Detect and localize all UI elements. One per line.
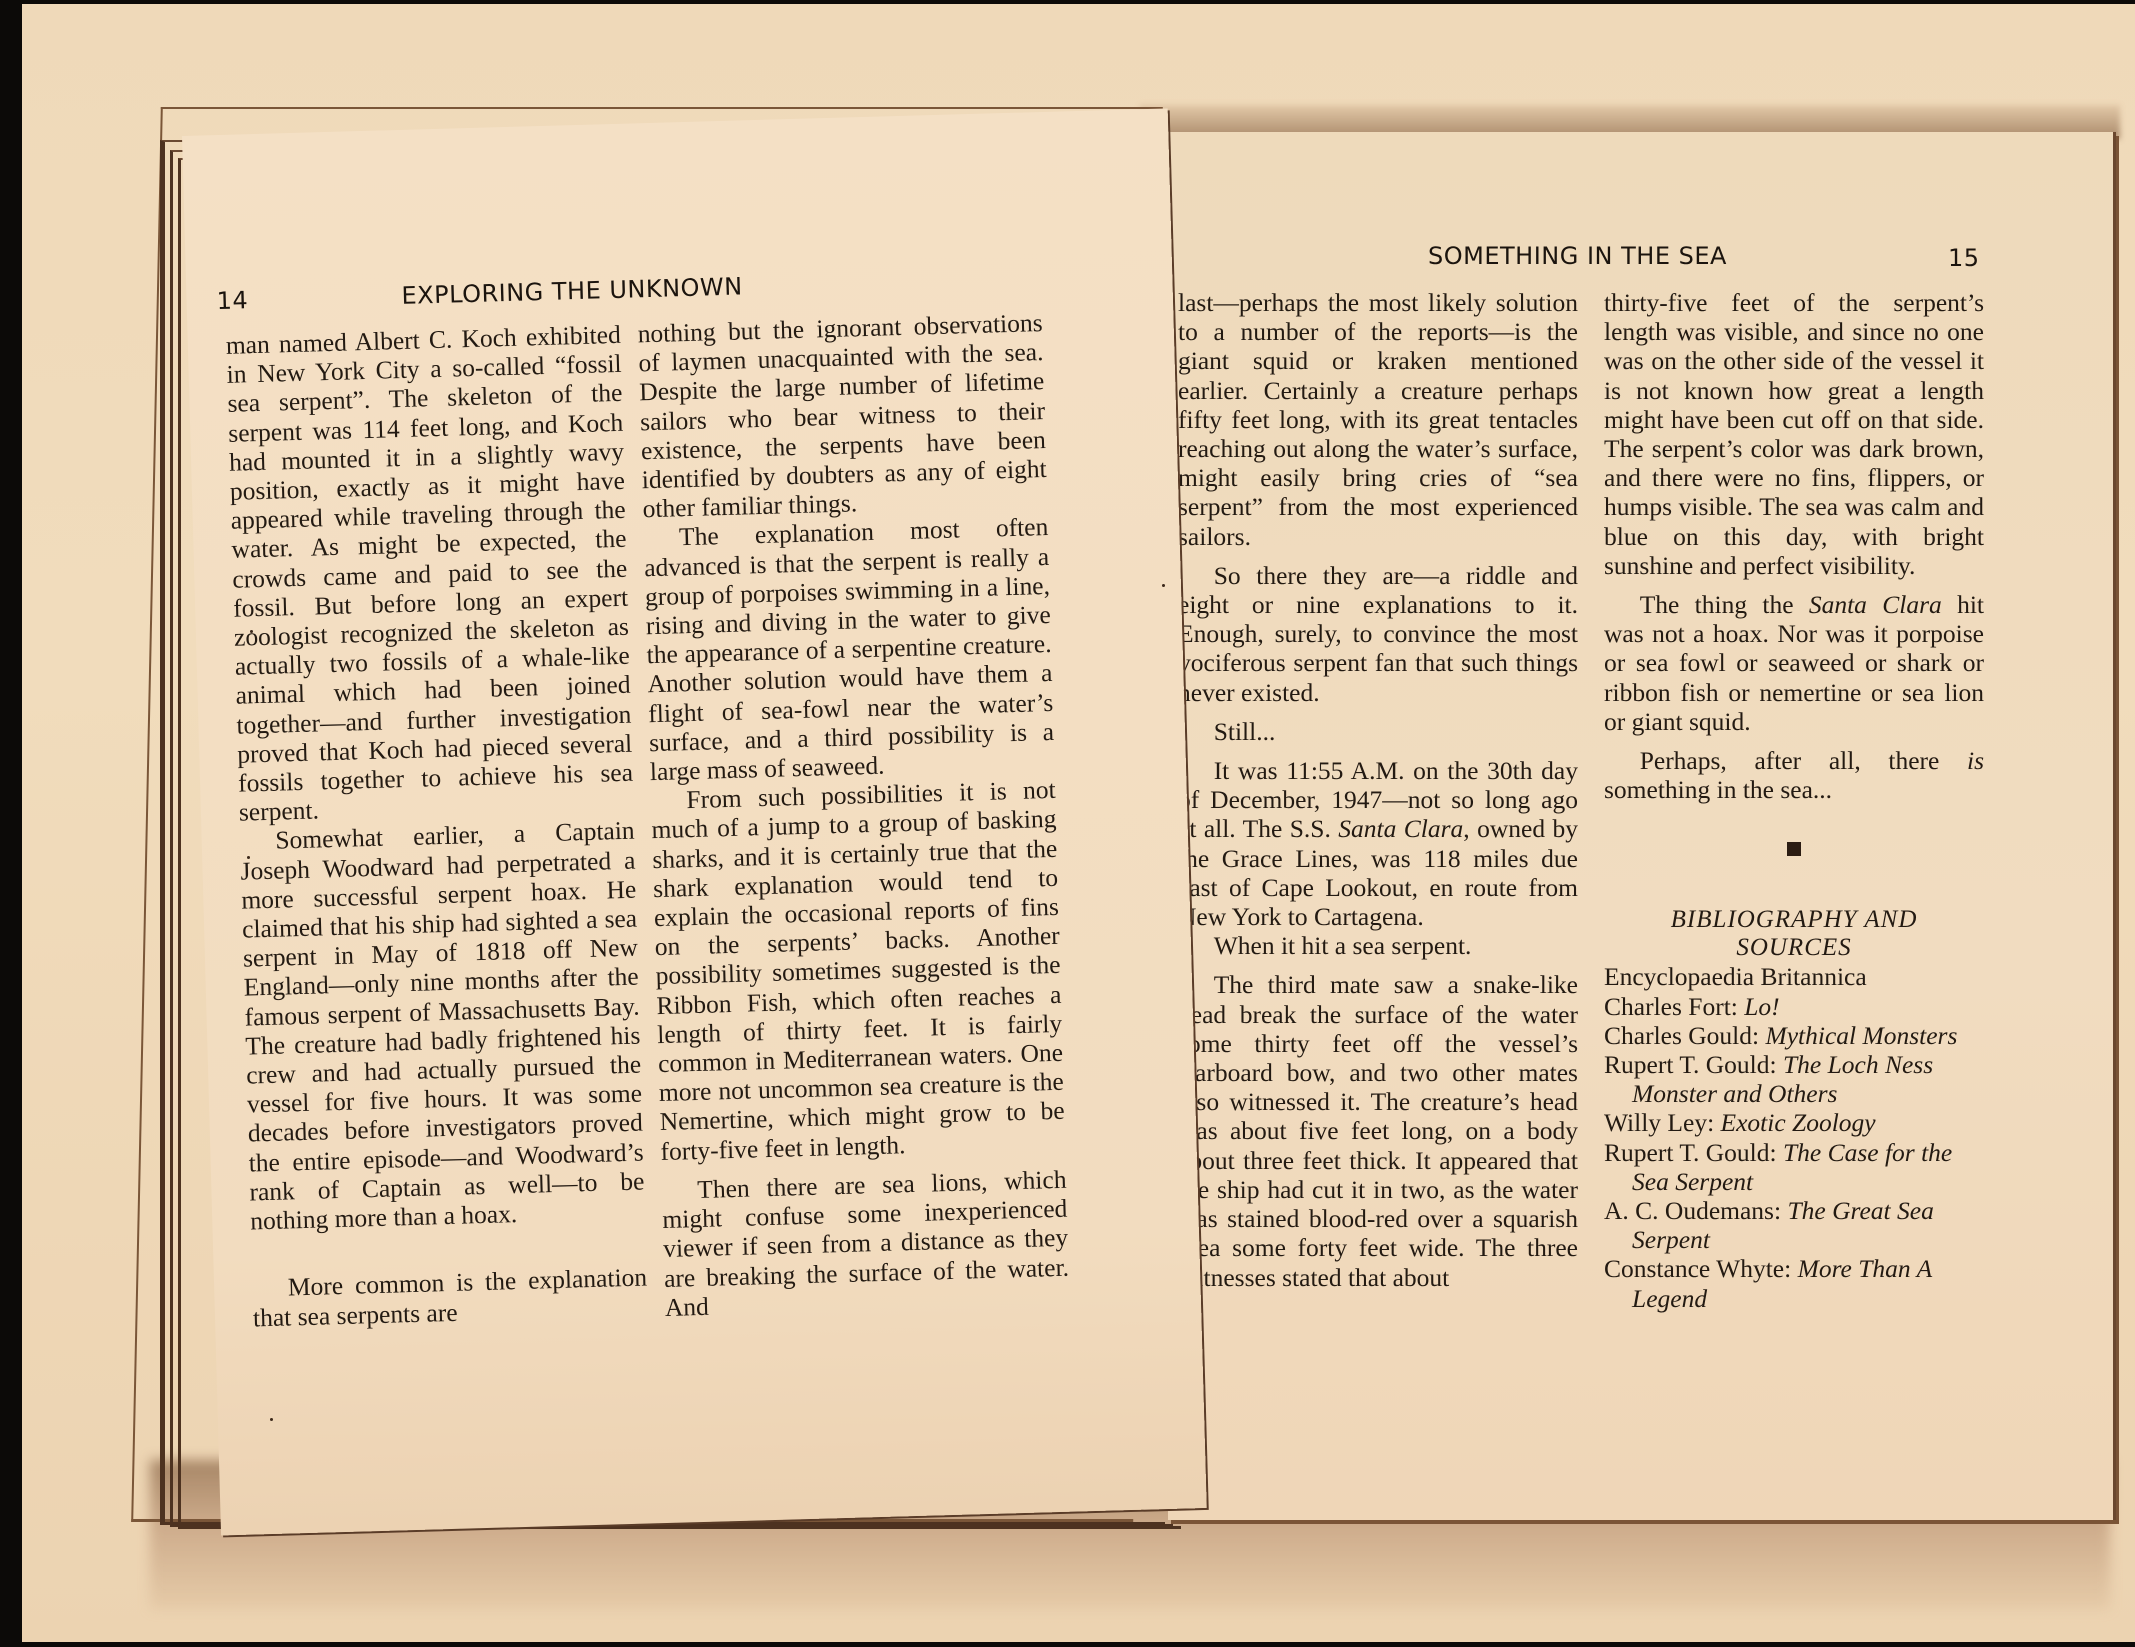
text-run: Perhaps, after all, there <box>1640 746 1967 775</box>
dust-speck <box>247 856 250 859</box>
bibliography-entry: Charles Gould: Mythical Monsters <box>1604 1021 1984 1050</box>
bib-author: Rupert T. Gould: <box>1604 1050 1783 1079</box>
text-column-1: man named Albert C. Koch exhibited in Ne… <box>225 320 648 1332</box>
end-of-article-mark <box>1787 842 1801 856</box>
paragraph: man named Albert C. Koch exhibited in Ne… <box>225 320 634 827</box>
dust-speck <box>1162 584 1165 587</box>
text-run: something in the sea... <box>1604 775 1832 804</box>
bib-author: Constance Whyte: <box>1604 1254 1798 1283</box>
bib-author: Encyclopaedia Britannica <box>1604 962 1867 991</box>
paragraph: The third mate saw a snake-like head bre… <box>1178 970 1578 1291</box>
italic-text: is <box>1967 746 1984 775</box>
paragraph: When it hit a sea serpent. <box>1178 931 1578 960</box>
italic-text: Santa Clara <box>1338 814 1463 843</box>
bib-title: Exotic Zoology <box>1721 1108 1876 1137</box>
text-column-2: thirty-five feet of the serpent’s length… <box>1604 288 1984 1313</box>
text-column-2: nothing but the ignorant observations of… <box>637 308 1070 1322</box>
running-head: EXPLORING THE UNKNOWN <box>401 272 743 310</box>
paragraph: last—perhaps the most likely solution to… <box>1178 288 1578 551</box>
bibliography-entry: A. C. Oudemans: The Great Sea Serpent <box>1604 1196 1984 1254</box>
bibliography-heading: BIBLIOGRAPHY AND <box>1604 906 1984 934</box>
bibliography-entry: Constance Whyte: More Than A Legend <box>1604 1254 1984 1312</box>
bibliography-heading: SOURCES <box>1604 934 1984 962</box>
bib-title: Mythical Monsters <box>1765 1021 1957 1050</box>
italic-text: Santa Clara <box>1809 590 1942 619</box>
paragraph: nothing but the ignorant observations of… <box>637 308 1048 524</box>
paragraph: Then there are sea lions, which might co… <box>661 1165 1070 1322</box>
paragraph: Somewhat earlier, a Captain Joseph Woodw… <box>239 816 645 1236</box>
page-number: 15 <box>1948 244 1980 272</box>
dust-speck <box>270 1418 273 1421</box>
page-number: 14 <box>216 286 248 315</box>
paragraph: Still... <box>1178 717 1578 746</box>
bibliography-entry: Charles Fort: Lo! <box>1604 992 1984 1021</box>
bib-author: Charles Fort: <box>1604 992 1744 1021</box>
bib-title: Lo! <box>1744 992 1779 1021</box>
paragraph: More common is the explanation that sea … <box>252 1263 648 1332</box>
bib-author: Willy Ley: <box>1604 1108 1721 1137</box>
bibliography-entry: Rupert T. Gould: The Loch Ness Monster a… <box>1604 1050 1984 1108</box>
text-column-1: last—perhaps the most likely solution to… <box>1178 288 1578 1292</box>
paragraph: thirty-five feet of the serpent’s length… <box>1604 288 1984 580</box>
paragraph: The thing the Santa Clara hit was not a … <box>1604 590 1984 736</box>
bibliography-entry: Willy Ley: Exotic Zoology <box>1604 1108 1984 1137</box>
bib-author: Rupert T. Gould: <box>1604 1138 1783 1167</box>
bibliography-entry: Rupert T. Gould: The Case for the Sea Se… <box>1604 1138 1984 1196</box>
dust-speck <box>250 630 253 633</box>
paragraph: Perhaps, after all, there is something i… <box>1604 746 1984 804</box>
bib-author: Charles Gould: <box>1604 1021 1765 1050</box>
left-page: 14 EXPLORING THE UNKNOWN man named Alber… <box>182 108 1207 1535</box>
paragraph: The explanation most often advanced is t… <box>643 512 1055 786</box>
running-head: SOMETHING IN THE SEA <box>1428 242 1727 270</box>
bibliography-entry: Encyclopaedia Britannica <box>1604 962 1984 991</box>
right-page: SOMETHING IN THE SEA 15 last—perhaps the… <box>1168 132 2116 1520</box>
bib-author: A. C. Oudemans: <box>1604 1196 1787 1225</box>
paragraph: From such possibilities it is not much o… <box>650 775 1065 1166</box>
paragraph: So there they are—a riddle and eight or … <box>1178 561 1578 707</box>
text-run: The thing the <box>1640 590 1809 619</box>
paragraph: It was 11:55 A.M. on the 30th day of Dec… <box>1178 756 1578 931</box>
